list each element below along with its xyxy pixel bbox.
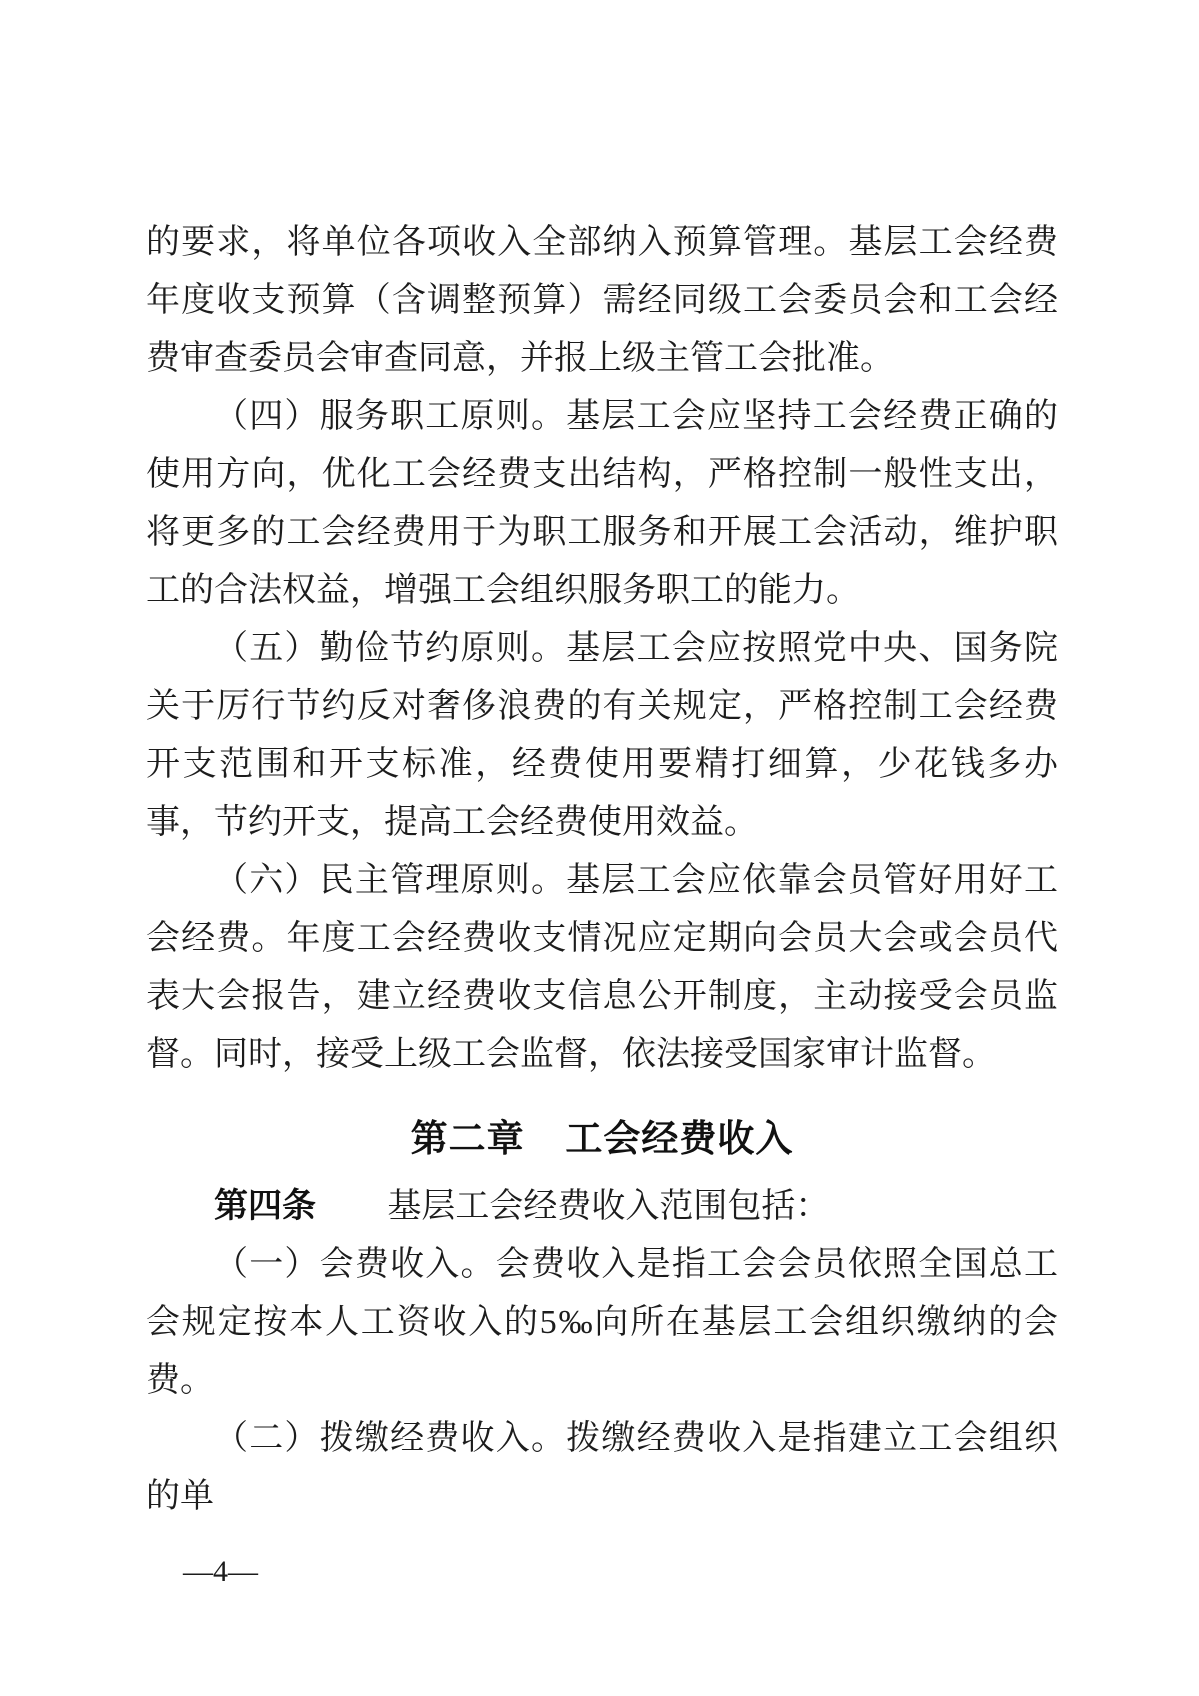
chapter-title: 工会经费收入 (565, 1118, 793, 1159)
article-number: 第四条 (214, 1187, 316, 1225)
paragraph-item-allocated-funds: （二）拨缴经费收入。拨缴经费收入是指建立工会组织的单 (146, 1410, 1058, 1526)
document-body: 的要求，将单位各项收入全部纳入预算管理。基层工会经费年度收支预算（含调整预算）需… (146, 214, 1058, 1526)
paragraph-principle-democratic: （六）民主管理原则。基层工会应依靠会员管好用好工会经费。年度工会经费收支情况应定… (146, 852, 1058, 1084)
document-page: 的要求，将单位各项收入全部纳入预算管理。基层工会经费年度收支预算（含调整预算）需… (0, 0, 1199, 1696)
page-number: —4— (183, 1552, 258, 1592)
paragraph-continuation: 的要求，将单位各项收入全部纳入预算管理。基层工会经费年度收支预算（含调整预算）需… (146, 214, 1058, 388)
chapter-heading: 第二章工会经费收入 (146, 1115, 1058, 1163)
paragraph-item-membership-dues: （一）会费收入。会费收入是指工会会员依照全国总工会规定按本人工资收入的5‰向所在… (146, 1236, 1058, 1410)
article-text: 基层工会经费收入范围包括： (387, 1188, 829, 1225)
chapter-number: 第二章 (411, 1118, 525, 1159)
paragraph-principle-service: （四）服务职工原则。基层工会应坚持工会经费正确的使用方向，优化工会经费支出结构，… (146, 388, 1058, 620)
paragraph-principle-thrift: （五）勤俭节约原则。基层工会应按照党中央、国务院关于厉行节约反对奢侈浪费的有关规… (146, 620, 1058, 852)
paragraph-article-four: 第四条基层工会经费收入范围包括： (146, 1177, 1058, 1236)
